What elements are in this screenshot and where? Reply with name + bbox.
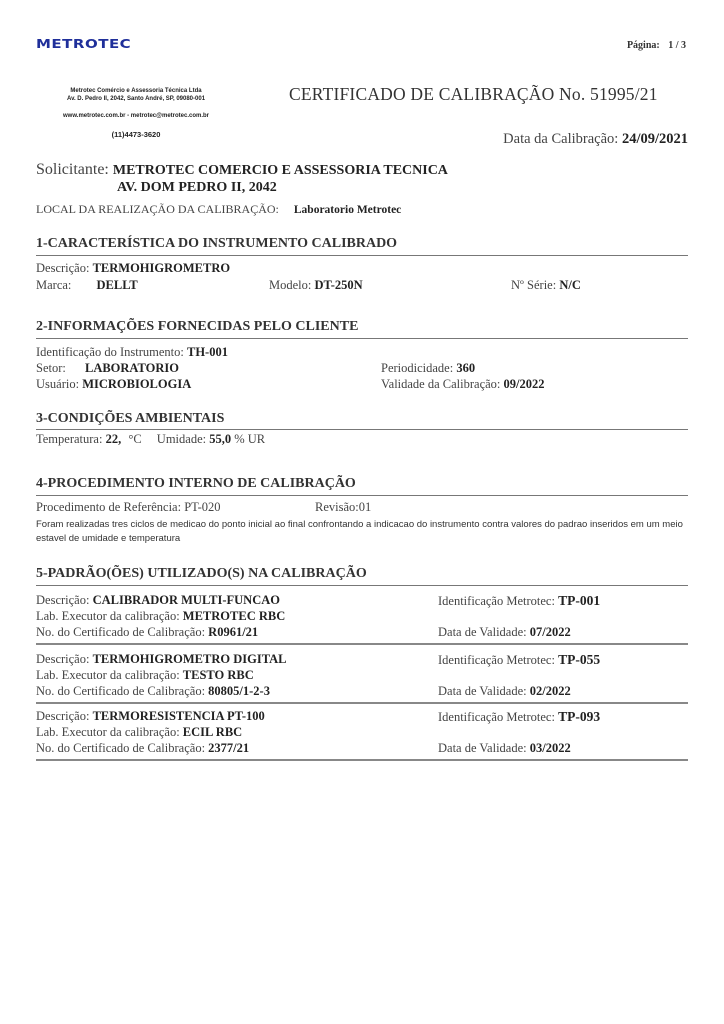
standard-metrotec-id-label: Identificação Metrotec: [438, 710, 555, 724]
standard-metrotec-id-value: TP-055 [558, 652, 600, 667]
sector-value: LABORATORIO [85, 361, 179, 375]
standard-lab: Lab. Executor da calibração: ECIL RBC [36, 725, 242, 740]
instrument-brand: Marca: DELLT [36, 278, 138, 293]
ambient-conditions: Temperatura: 22, °C Umidade: 55,0 % UR [36, 432, 265, 447]
standard-lab: Lab. Executor da calibração: METROTEC RB… [36, 609, 285, 624]
standard-description-value: TERMORESISTENCIA PT-100 [93, 709, 265, 723]
standard-validity-label: Data de Validade: [438, 625, 527, 639]
standard-validity-label: Data de Validade: [438, 684, 527, 698]
calibration-date: Data da Calibração: 24/09/2021 [503, 131, 688, 148]
reference-procedure: Procedimento de Referência: PT-020 [36, 500, 221, 515]
section-1-divider [36, 255, 688, 256]
standard-divider [36, 702, 688, 704]
model-value: DT-250N [314, 278, 362, 292]
standard-metrotec-id-label: Identificação Metrotec: [438, 594, 555, 608]
standard-description-label: Descrição: [36, 593, 89, 607]
section-1-title: 1-CARACTERÍSTICA DO INSTRUMENTO CALIBRAD… [36, 236, 397, 252]
standard-lab-value: ECIL RBC [183, 725, 242, 739]
standard-lab-label: Lab. Executor da calibração: [36, 668, 180, 682]
model-label: Modelo: [269, 278, 311, 292]
periodicity-value: 360 [456, 361, 475, 375]
location-value: Laboratorio Metrotec [294, 204, 401, 216]
procedure-description: Foram realizadas tres ciclos de medicao … [36, 518, 686, 546]
user-label: Usuário: [36, 377, 79, 391]
standard-description-label: Descrição: [36, 652, 89, 666]
standard-lab-label: Lab. Executor da calibração: [36, 725, 180, 739]
calibration-date-label: Data da Calibração: [503, 131, 618, 147]
calibration-date-value: 24/09/2021 [622, 131, 688, 147]
user-value: MICROBIOLOGIA [82, 377, 191, 391]
sector-label: Setor: [36, 361, 66, 375]
temperature-unit: °C [128, 432, 141, 446]
certificate-title: CERTIFICADO DE CALIBRAÇÃO No. 51995/21 [289, 84, 658, 105]
standard-validity-label: Data de Validade: [438, 741, 527, 755]
standard-certificate: No. do Certificado de Calibração: 80805/… [36, 684, 270, 699]
instrument-serial: Nº Série: N/C [511, 278, 581, 293]
standard-metrotec-id: Identificação Metrotec: TP-055 [438, 652, 600, 668]
company-name: Metrotec Comércio e Assessoria Técnica L… [36, 88, 236, 94]
standard-metrotec-id: Identificação Metrotec: TP-093 [438, 709, 600, 725]
standard-validity: Data de Validade: 03/2022 [438, 741, 571, 756]
company-logo: METROTEC [36, 36, 131, 51]
section-3-title: 3-CONDIÇÕES AMBIENTAIS [36, 411, 224, 427]
section-2-divider [36, 338, 688, 339]
standard-validity-value: 03/2022 [530, 741, 571, 755]
standard-lab-value: METROTEC RBC [183, 609, 285, 623]
humidity-unit: % UR [234, 432, 265, 446]
validity-value: 09/2022 [504, 377, 545, 391]
instrument-id: Identificação do Instrumento: TH-001 [36, 345, 228, 360]
periodicity: Periodicidade: 360 [381, 361, 475, 376]
requester: Solicitante: METROTEC COMERCIO E ASSESSO… [36, 161, 448, 179]
company-web: www.metrotec.com.br - metrotec@metrotec.… [36, 113, 236, 119]
serial-label: Nº Série: [511, 278, 556, 292]
requester-label: Solicitante: [36, 161, 109, 178]
standard-certificate-value: 2377/21 [208, 741, 249, 755]
description-value: TERMOHIGROMETRO [93, 261, 231, 275]
company-address: Av. D. Pedro II, 2042, Santo André, SP, … [36, 96, 236, 102]
section-5-divider [36, 585, 688, 586]
standard-lab-value: TESTO RBC [183, 668, 254, 682]
revision-label: Revisão: [315, 500, 359, 514]
serial-value: N/C [559, 278, 581, 292]
standard-metrotec-id-value: TP-093 [558, 709, 600, 724]
standard-description: Descrição: TERMORESISTENCIA PT-100 [36, 709, 265, 724]
standard-certificate-value: R0961/21 [208, 625, 258, 639]
revision: Revisão:01 [315, 500, 371, 515]
humidity-value: 55,0 [209, 432, 231, 446]
standard-description-value: CALIBRADOR MULTI-FUNCAO [93, 593, 280, 607]
user: Usuário: MICROBIOLOGIA [36, 377, 191, 392]
standard-description-label: Descrição: [36, 709, 89, 723]
requester-name: METROTEC COMERCIO E ASSESSORIA TECNICA [113, 163, 448, 178]
description-label: Descrição: [36, 261, 89, 275]
instrument-model: Modelo: DT-250N [269, 278, 363, 293]
page-value: 1 / 3 [668, 40, 686, 51]
brand-value: DELLT [97, 278, 138, 292]
standard-validity-value: 02/2022 [530, 684, 571, 698]
page-indicator: Página: 1 / 3 [627, 40, 686, 51]
reference-label: Procedimento de Referência: [36, 500, 181, 514]
validity-label: Validade da Calibração: [381, 377, 500, 391]
standard-lab: Lab. Executor da calibração: TESTO RBC [36, 668, 254, 683]
standard-divider [36, 759, 688, 761]
company-phone: (11)4473-3620 [36, 130, 236, 139]
section-4-title: 4-PROCEDIMENTO INTERNO DE CALIBRAÇÃO [36, 476, 356, 492]
standard-certificate: No. do Certificado de Calibração: 2377/2… [36, 741, 249, 756]
standard-validity-value: 07/2022 [530, 625, 571, 639]
instrument-id-label: Identificação do Instrumento: [36, 345, 184, 359]
standard-metrotec-id-value: TP-001 [558, 593, 600, 608]
standard-certificate-label: No. do Certificado de Calibração: [36, 625, 205, 639]
section-5-title: 5-PADRÃO(ÕES) UTILIZADO(S) NA CALIBRAÇÃO [36, 566, 367, 582]
standard-divider [36, 643, 688, 645]
standard-description-value: TERMOHIGROMETRO DIGITAL [93, 652, 287, 666]
requester-address: AV. DOM PEDRO II, 2042 [117, 180, 277, 196]
instrument-id-value: TH-001 [187, 345, 228, 359]
page-label: Página: [627, 40, 660, 51]
location-label: LOCAL DA REALIZAÇÃO DA CALIBRAÇÃO: [36, 202, 279, 216]
calibration-validity: Validade da Calibração: 09/2022 [381, 377, 545, 392]
standard-description: Descrição: CALIBRADOR MULTI-FUNCAO [36, 593, 280, 608]
standard-validity: Data de Validade: 07/2022 [438, 625, 571, 640]
reference-value: PT-020 [184, 500, 220, 514]
sector: Setor: LABORATORIO [36, 361, 179, 376]
humidity-label: Umidade: [157, 432, 206, 446]
standard-lab-label: Lab. Executor da calibração: [36, 609, 180, 623]
calibration-location: LOCAL DA REALIZAÇÃO DA CALIBRAÇÃO: Labor… [36, 202, 401, 217]
standard-validity: Data de Validade: 02/2022 [438, 684, 571, 699]
revision-value: 01 [359, 500, 372, 514]
periodicity-label: Periodicidade: [381, 361, 453, 375]
standard-certificate-label: No. do Certificado de Calibração: [36, 684, 205, 698]
standard-description: Descrição: TERMOHIGROMETRO DIGITAL [36, 652, 286, 667]
standard-certificate: No. do Certificado de Calibração: R0961/… [36, 625, 258, 640]
section-4-divider [36, 495, 688, 496]
standard-certificate-value: 80805/1-2-3 [208, 684, 270, 698]
temperature-label: Temperatura: [36, 432, 102, 446]
standard-certificate-label: No. do Certificado de Calibração: [36, 741, 205, 755]
section-3-divider [36, 429, 688, 430]
brand-label: Marca: [36, 278, 71, 292]
section-2-title: 2-INFORMAÇÕES FORNECIDAS PELO CLIENTE [36, 319, 358, 335]
standard-metrotec-id-label: Identificação Metrotec: [438, 653, 555, 667]
standard-metrotec-id: Identificação Metrotec: TP-001 [438, 593, 600, 609]
temperature-value: 22, [106, 432, 122, 446]
instrument-description: Descrição: TERMOHIGROMETRO [36, 261, 230, 276]
